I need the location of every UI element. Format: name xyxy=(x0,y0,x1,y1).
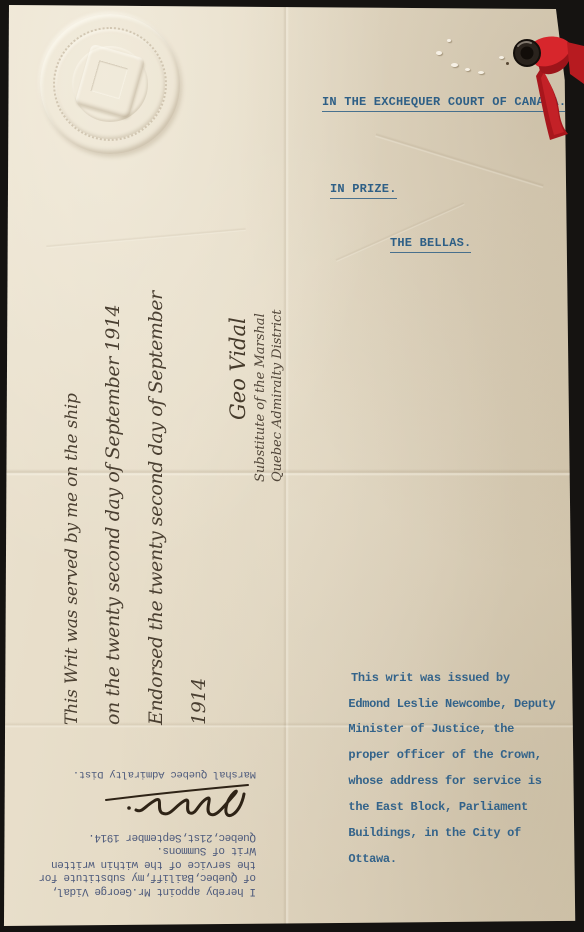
crease-diagonal-2 xyxy=(335,202,465,263)
photo-background: IN THE EXCHEQUER COURT OF CANADA. IN PRI… xyxy=(0,0,584,932)
issuance-line: Ottawa. xyxy=(348,852,396,866)
endorser-signature-block: Geo Vidal Substitute of the Marshal Queb… xyxy=(223,247,286,482)
paper-dent xyxy=(447,39,451,42)
paper-dent xyxy=(478,71,484,74)
issuance-line: This writ was issued by xyxy=(307,672,555,685)
issuance-line: Minister of Justice, the xyxy=(348,722,514,736)
issuance-line: proper officer of the Crown, xyxy=(348,748,541,762)
red-ribbon xyxy=(495,22,584,142)
issuance-note: This writ was issued by Edmond Leslie Ne… xyxy=(307,646,555,878)
marshal-title: Marshal Quebec Admiralty Dist. xyxy=(14,768,256,780)
endorsement-line-2: on the twenty second day of September 19… xyxy=(92,247,135,725)
issuance-line: Edmond Leslie Newcombe, Deputy xyxy=(348,697,555,711)
appointment-line: I hereby appoint Mr.George Vidal, xyxy=(14,883,256,897)
endorser-signature: Geo Vidal xyxy=(223,247,253,482)
endorsement-line-3: Endorsed the twenty second day of Septem… xyxy=(135,247,221,725)
appointment-line: Writ of Summons. xyxy=(14,843,256,857)
issuance-line: the East Block, Parliament xyxy=(348,800,527,814)
issuance-line: Buildings, in the City of xyxy=(348,826,521,840)
appointment-line: of Quebec,Bailiff,my substitute for xyxy=(14,870,256,884)
marshal-signature-scrawl xyxy=(96,780,256,828)
appointment-block: I hereby appoint Mr.George Vidal, of Que… xyxy=(14,755,256,897)
paper-dent xyxy=(436,51,442,55)
endorser-title-line-2: Quebec Admiralty District xyxy=(270,247,287,482)
paper-dent xyxy=(451,63,458,67)
crease-diagonal-3 xyxy=(46,227,246,248)
cause-heading: THE BELLAS. xyxy=(390,236,471,253)
appointment-line: Quebec,21st,September 1914. xyxy=(14,829,256,843)
embossed-seal xyxy=(40,14,180,154)
issuance-line: whose address for service is xyxy=(348,774,541,788)
paper-dent xyxy=(465,68,470,71)
marshal-signature xyxy=(14,780,256,828)
prize-heading: IN PRIZE. xyxy=(330,182,397,199)
endorser-title-line-1: Substitute of the Marshal xyxy=(253,247,270,482)
service-endorsement-block: This Writ was served by me on the ship o… xyxy=(52,247,292,725)
appointment-line: the service of the within written xyxy=(14,856,256,870)
endorsement-line-1: This Writ was served by me on the ship xyxy=(52,247,92,725)
